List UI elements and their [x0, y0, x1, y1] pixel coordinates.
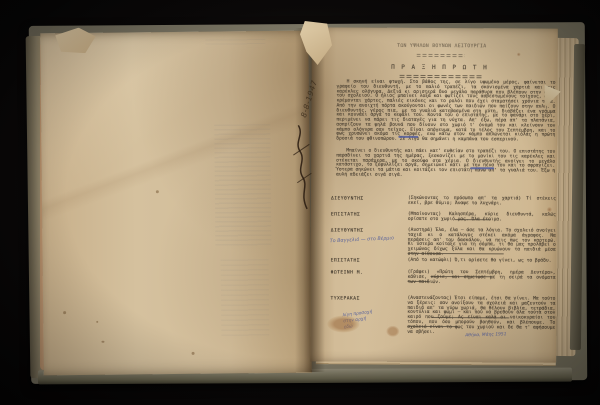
act-heading-underline-mark [400, 74, 482, 77]
speaker-name: ΦΩΤΕΙΝΗ Μ. [331, 270, 405, 275]
speaker-name: ΔΙΕΥΘΥΝΤΗΣ [331, 228, 405, 233]
left-page [40, 31, 312, 376]
paper-speck [156, 190, 159, 193]
speaker-name: ΔΙΕΥΘΥΝΤΗΣ [331, 196, 405, 201]
blue-margin-note: Το Βαγγελιό — στο Βέρμιο [330, 236, 400, 245]
speaker-name: ΤΥΧΕΡΑΚΑΣ [330, 296, 404, 301]
photo-open-book: ΤΩΝ ΥΨΗΛΩΝ ΒΟΥΝΩΝ ΛΕΙΤΟΥΡΓΙΑ Π Ρ Α Ξ Η Π… [0, 0, 600, 405]
header-underline-mark [417, 53, 465, 56]
blue-correction-mark [470, 167, 494, 169]
paper-speck [192, 352, 195, 355]
stain-dot [547, 207, 552, 213]
page-header-line: ΤΩΝ ΥΨΗΛΩΝ ΒΟΥΝΩΝ ΛΕΙΤΟΥΡΓΙΑ [374, 44, 510, 50]
show-through-text-ghost [205, 39, 265, 48]
coffee-stain [327, 315, 359, 332]
show-through-text-ghost [214, 124, 271, 247]
blue-correction-mark [398, 136, 418, 138]
scene-note-paragraph: Μπαίνει ο διευθυντής και πάει κατ' ευθεί… [336, 149, 555, 179]
speaker-name: ΕΠΙΣΤΑΤΗΣ [331, 258, 405, 263]
blue-bottom-right-note: Αθήνα, Μάης 1951 [465, 331, 535, 338]
dialogue-line: (Αυστηρά) Έλα, έλα — άσε τα λόγια. Το σχ… [408, 229, 556, 259]
stage-directions-paragraph: Η σκηνή είναι φτωχή. Στο βάθος της, σε λ… [336, 80, 555, 143]
coffee-stain [386, 326, 399, 337]
paper-speck [96, 321, 98, 323]
stain-dot [517, 52, 521, 56]
act-heading: Π Ρ Α Ξ Η Π Ρ Ω Τ Η [355, 64, 525, 72]
dialogue-line: (Από το κατώφλι) Ό,τι ορίσετε θα γίνει, … [408, 259, 556, 265]
paper-speck [63, 311, 66, 314]
typed-underline-mark [455, 219, 491, 220]
right-page: ΤΩΝ ΥΨΗΛΩΝ ΒΟΥΝΩΝ ΛΕΙΤΟΥΡΓΙΑ Π Ρ Α Ξ Η Π… [310, 27, 558, 362]
speaker-name: ΕΠΙΣΤΑΤΗΣ [331, 212, 405, 217]
dialogue-line: (Γράφει) «Πρώτη του Σεπτέμβρη, ημέρα Δευ… [408, 271, 556, 286]
dialogue-line: (Σηκώνοντας το πρόσωπο απ' τα χαρτιά) Τί… [408, 197, 556, 207]
typed-underline-mark [408, 281, 430, 282]
show-through-text-ghost [221, 259, 270, 337]
paper-speck [101, 341, 104, 343]
